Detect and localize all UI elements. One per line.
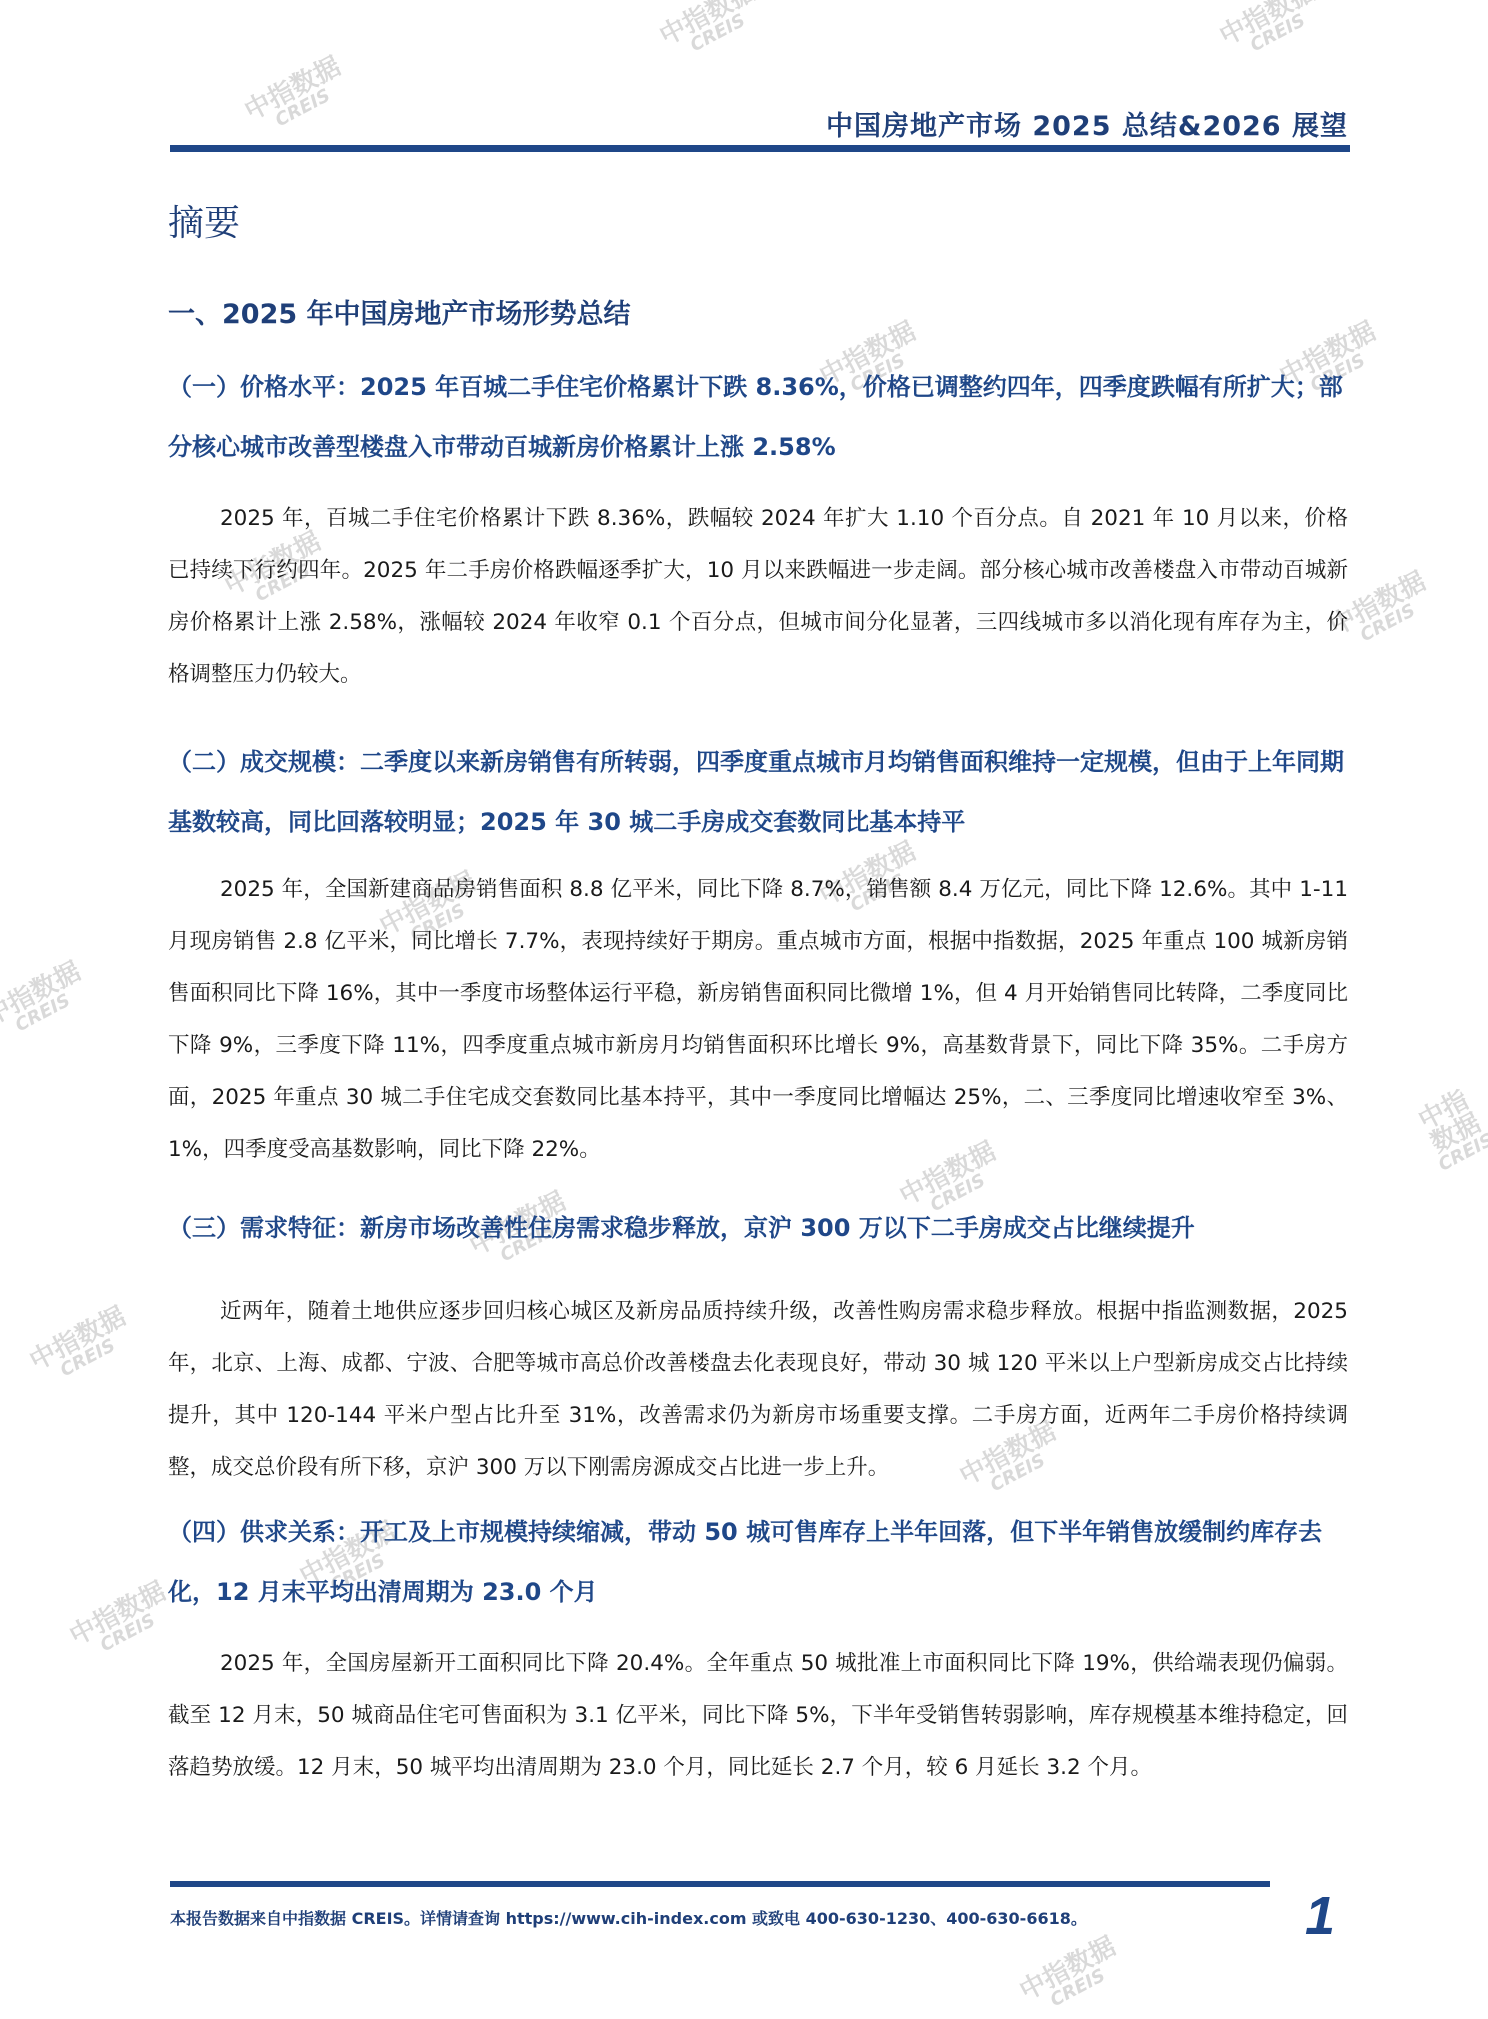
section-title: 一、2025 年中国房地产市场形势总结 <box>168 292 631 331</box>
subsection-heading-demand: （三）需求特征：新房市场改善性住房需求稳步释放，京沪 300 万以下二手房成交占… <box>168 1198 1348 1258</box>
footer-divider <box>170 1881 1270 1887</box>
subsection-heading-supply: （四）供求关系：开工及上市规模持续缩减，带动 50 城可售库存上半年回落，但下半… <box>168 1502 1348 1622</box>
watermark: 中指数据CREIS <box>1408 1083 1488 1177</box>
header-divider <box>170 145 1350 152</box>
watermark: 中指数据CREIS <box>241 53 353 141</box>
watermark: 中指数据CREIS <box>0 958 93 1046</box>
subsection-body-supply: 2025 年，全国房屋新开工面积同比下降 20.4%。全年重点 50 城批准上市… <box>168 1638 1348 1794</box>
page-title: 摘要 <box>168 195 240 246</box>
watermark: 中指数据CREIS <box>1016 1933 1128 2019</box>
report-header-title: 中国房地产市场 2025 总结&2026 展望 <box>826 104 1348 143</box>
watermark: 中指数据CREIS <box>656 0 768 66</box>
subsection-body-demand: 近两年，随着土地供应逐步回归核心城区及新房品质持续升级，改善性购房需求稳步释放。… <box>168 1286 1348 1494</box>
subsection-heading-price: （一）价格水平：2025 年百城二手住宅价格累计下跌 8.36%，价格已调整约四… <box>168 357 1348 477</box>
watermark: 中指数据CREIS <box>26 1303 138 1391</box>
watermark: 中指数据CREIS <box>1216 0 1328 66</box>
page-number: 1 <box>1305 1885 1335 1947</box>
footer-source-note: 本报告数据来自中指数据 CREIS。详情请查询 https://www.cih-… <box>170 1906 1087 1929</box>
subsection-heading-volume: （二）成交规模：二季度以来新房销售有所转弱，四季度重点城市月均销售面积维持一定规… <box>168 732 1348 852</box>
watermark: 中指数据CREIS <box>66 1578 178 1666</box>
subsection-body-price: 2025 年，百城二手住宅价格累计下跌 8.36%，跌幅较 2024 年扩大 1… <box>168 493 1348 701</box>
subsection-body-volume: 2025 年，全国新建商品房销售面积 8.8 亿平米，同比下降 8.7%，销售额… <box>168 864 1348 1176</box>
